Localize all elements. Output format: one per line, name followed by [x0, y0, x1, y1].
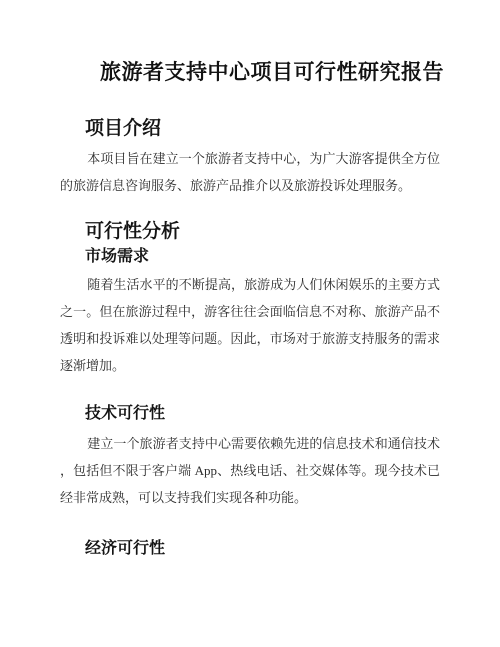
heading-economic-feasibility: 经济可行性 [85, 539, 440, 559]
paragraph-project-intro: 本项目旨在建立一个旅游者支持中心，为广大游客提供全方位的旅游信息咨询服务、旅游产… [60, 145, 440, 199]
heading-technical-feasibility: 技术可行性 [85, 404, 440, 424]
paragraph-technical-feasibility: 建立一个旅游者支持中心需要依赖先进的信息技术和通信技术，包括但不限于客户端 Ap… [60, 430, 440, 511]
document-page: 旅游者支持中心项目可行性研究报告 项目介绍 本项目旨在建立一个旅游者支持中心，为… [0, 0, 500, 647]
heading-project-intro: 项目介绍 [85, 118, 440, 140]
paragraph-market-demand: 随着生活水平的不断提高，旅游成为人们休闲娱乐的主要方式之一。但在旅游过程中，游客… [60, 271, 440, 379]
document-title: 旅游者支持中心项目可行性研究报告 [100, 60, 440, 86]
heading-feasibility-analysis: 可行性分析 [85, 221, 440, 243]
heading-market-demand: 市场需求 [85, 247, 440, 267]
